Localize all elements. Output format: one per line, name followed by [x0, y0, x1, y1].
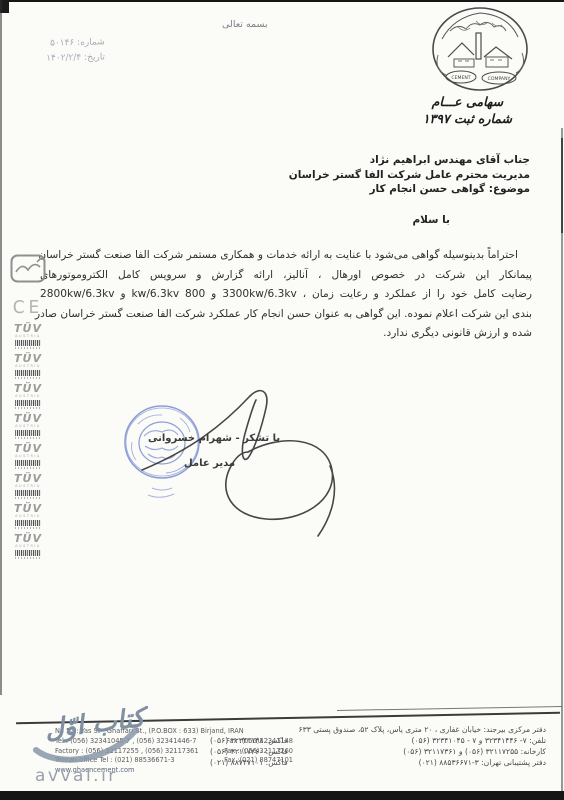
scan-edge-bottom	[0, 791, 564, 800]
tuv-barcode	[15, 460, 41, 466]
company-seal-icon: CEMENT COMPANY	[428, 5, 532, 95]
ref-number-line: شماره: ۵۰۱۴۶	[46, 35, 105, 51]
tuv-barcode-caption	[15, 557, 41, 559]
footer-fa-factory: کارخانه: ۳۲۱۱۷۲۵۵ (۰۵۶) و ۳۲۱۱۷۳۶۱ (۰۵۶)	[403, 746, 546, 757]
tuv-barcode-caption	[15, 437, 41, 439]
footer-en-fax: Fax : (056)32117260	[224, 747, 293, 757]
tuv-barcode	[15, 370, 41, 376]
tuv-austria-logo: TÜV AUSTRIA	[8, 444, 48, 469]
ce-mark-icon: CE	[8, 298, 48, 319]
recipient-name: جناب آقای مهندس ابراهیم نژاد	[289, 153, 530, 168]
footer-en-fax: Fax :(021) 88747101	[224, 756, 293, 766]
seal-cement-text: CEMENT	[451, 75, 470, 81]
body-paragraph: احتراماً بدینوسیله گواهی می‌شود با عنایت…	[40, 246, 532, 344]
signature-ink	[130, 378, 400, 553]
recipient-title: مدیریت محترم عامل شرکت الفا گستر خراسان	[289, 168, 530, 183]
avval-site-text: avval.ir	[35, 766, 118, 786]
tuv-austria-logo: TÜV AUSTRIA	[8, 474, 48, 499]
tuv-barcode-caption	[15, 377, 41, 379]
tuv-barcode	[15, 550, 41, 556]
bismillah-text: بسمه تعالی	[222, 19, 268, 30]
tuv-austria-logo: TÜV AUSTRIA	[8, 384, 48, 409]
company-type-text: سهامی عـــام	[423, 93, 512, 110]
tuv-label: TÜV	[8, 414, 48, 424]
tuv-label: TÜV	[8, 384, 48, 394]
tuv-barcode-caption	[15, 467, 41, 469]
scanned-letter-page: بسمه تعالی شماره: ۵۰۱۴۶ تاریخ: ۱۴۰۲/۲/۴ …	[0, 0, 564, 800]
subject-line: موضوع: گواهی حسن انجام کار	[289, 182, 530, 197]
seal-company-text: COMPANY	[488, 76, 511, 82]
footer-fa-tel: تلفن: ۷- ۳۲۳۴۱۴۴۶ و ۷ - ۳۲۳۴۱۰۴۵ (۰۵۶)	[411, 735, 546, 746]
ref-number-stamp: شماره: ۵۰۱۴۶ تاریخ: ۱۴۰۲/۲/۴	[46, 35, 106, 66]
avval-logo-icon: کتاب اوّل	[28, 706, 148, 772]
tuv-barcode-caption	[15, 497, 41, 499]
tuv-barcode-caption	[15, 407, 41, 409]
tuv-label: TÜV	[8, 534, 48, 544]
tuv-austria-logo: TÜV AUSTRIA	[8, 354, 48, 379]
quality-mark-icon	[10, 254, 46, 284]
scan-edge-left	[0, 0, 2, 695]
company-type-block: سهامی عـــام شماره ثبت ۱۳۹۷	[423, 93, 512, 127]
tuv-barcode	[15, 490, 41, 496]
body-line-5: شده و ارزش قانونی دیگری ندارد.	[40, 324, 532, 344]
tuv-logo-list: TÜV AUSTRIA TÜV AUSTRIA TÜV AUSTRIA TÜV …	[8, 324, 48, 559]
tuv-barcode	[15, 340, 41, 346]
registration-number-text: شماره ثبت ۱۳۹۷	[423, 110, 512, 127]
tuv-austria-logo: TÜV AUSTRIA	[8, 534, 48, 559]
body-line-1: احتراماً بدینوسیله گواهی می‌شود با عنایت…	[40, 246, 532, 266]
avval-logo-text: کتاب اوّل	[43, 706, 148, 745]
ref-date-line: تاریخ: ۱۴۰۲/۲/۴	[46, 50, 105, 66]
tuv-austria-logo: TÜV AUSTRIA	[8, 504, 48, 529]
salutation-text: با سلام	[412, 214, 450, 226]
signer-role: مدیر عامل	[184, 458, 235, 469]
tuv-label: TÜV	[8, 354, 48, 364]
body-line-3: رضایت کامل خود را از عملکرد و رعایت زمان…	[40, 285, 532, 305]
tuv-austria-logo: TÜV AUSTRIA	[8, 414, 48, 439]
certification-column: CE TÜV AUSTRIA TÜV AUSTRIA TÜV AUSTRIA T…	[8, 254, 48, 564]
scan-edge-top	[0, 0, 564, 2]
tuv-label: TÜV	[8, 324, 48, 334]
tuv-label: TÜV	[8, 474, 48, 484]
tuv-barcode-caption	[15, 347, 41, 349]
tuv-barcode-caption	[15, 527, 41, 529]
footer-en-fax: Fax :(056)32341148	[226, 737, 293, 747]
tuv-austria-logo: TÜV AUSTRIA	[8, 324, 48, 349]
tuv-barcode	[15, 400, 41, 406]
tuv-barcode	[15, 430, 41, 436]
body-line-2: پیمانکار این شرکت در خصوص اورهال ، آنالی…	[40, 266, 532, 286]
recipient-block: جناب آقای مهندس ابراهیم نژاد مدیریت محتر…	[289, 153, 530, 197]
body-line-4: بندی این شرکت اعلام نموده. این گواهی به …	[40, 305, 532, 325]
footer-divider-secondary	[337, 706, 562, 711]
scan-edge-right-dark	[561, 138, 563, 233]
footer-fa-tehran-office: دفتر پشتیبانی تهران: ۳-۸۸۵۳۶۶۷۱ (۰۲۱)	[419, 757, 546, 768]
company-seal: CEMENT COMPANY	[428, 5, 532, 99]
tuv-label: TÜV	[8, 504, 48, 514]
tuv-label: TÜV	[8, 444, 48, 454]
thanks-line: با تشکر - شهرام خسروانی	[148, 433, 280, 444]
tuv-barcode	[15, 520, 41, 526]
